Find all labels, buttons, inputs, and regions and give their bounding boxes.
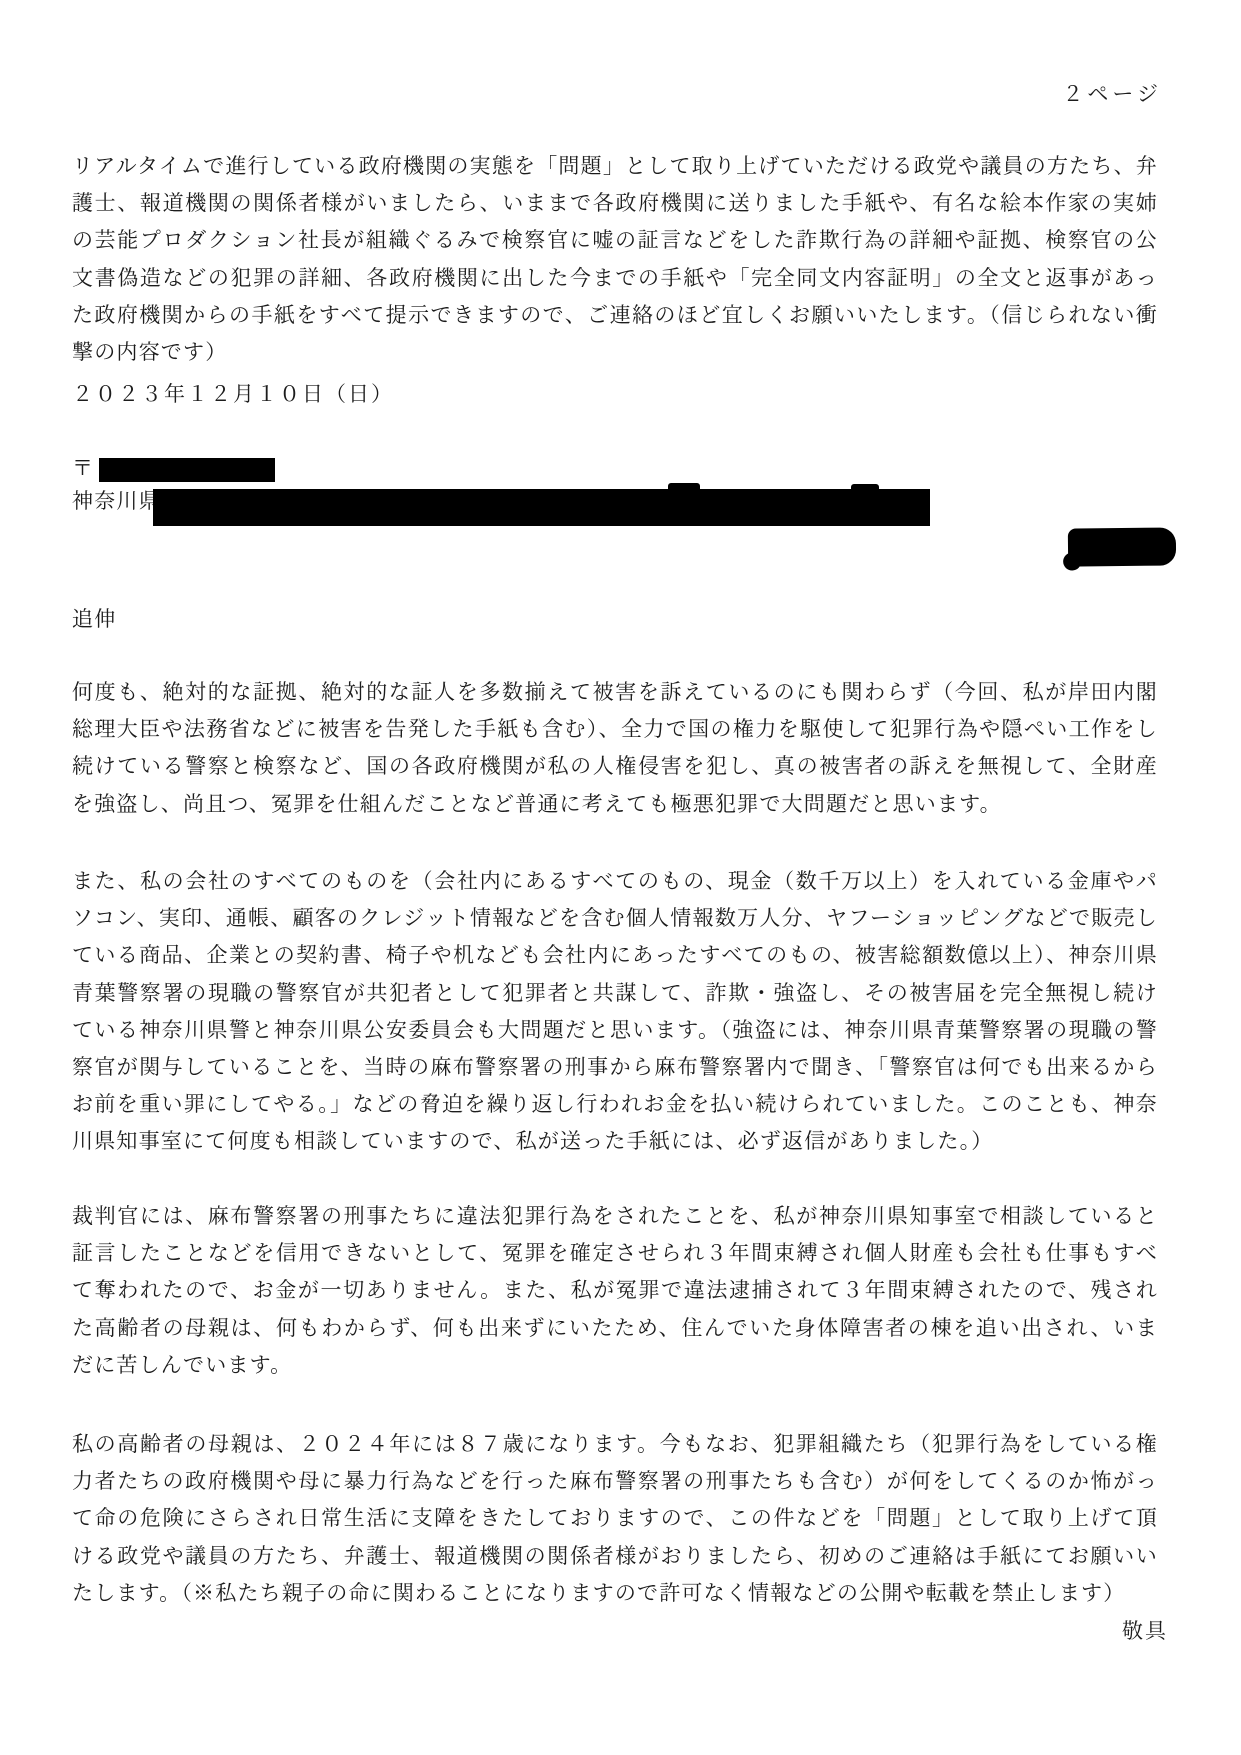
postal-code-redaction-bar [99,458,275,482]
letter-paragraph-3: また、私の会社のすべてのものを（会社内にあるすべてのもの、現金（数千万以上）を入… [72,863,1158,1161]
name-redaction-blob [1068,527,1176,566]
letter-paragraph-4: 裁判官には、麻布警察署の刑事たちに違法犯罪行為をされたことを、私が神奈川県知事室… [72,1198,1158,1384]
letter-page: ２ページ リアルタイムで進行している政府機関の実態を「問題」として取り上げていた… [0,0,1241,1755]
prefecture-label: 神奈川県 [72,483,161,520]
letter-paragraph-2: 何度も、絶対的な証拠、絶対的な証人を多数揃えて被害を訴えているのにも関わらず（今… [72,674,1158,823]
letter-date: ２０２３年１２月１０日（日） [72,376,394,413]
address-redaction-bar [153,489,930,526]
address-redaction-bar-bump [851,484,879,493]
letter-paragraph-5: 私の高齢者の母親は、２０２４年には８７歳になります。今もなお、犯罪組織たち（犯罪… [72,1426,1158,1612]
postscript-label: 追伸 [72,601,116,638]
postal-mark: 〒 [72,450,94,487]
page-number: ２ページ [1062,78,1162,108]
address-redaction-bar-bump [668,483,700,493]
letter-paragraph-1: リアルタイムで進行している政府機関の実態を「問題」として取り上げていただける政党… [72,148,1158,371]
closing-label: 敬具 [1122,1613,1168,1650]
